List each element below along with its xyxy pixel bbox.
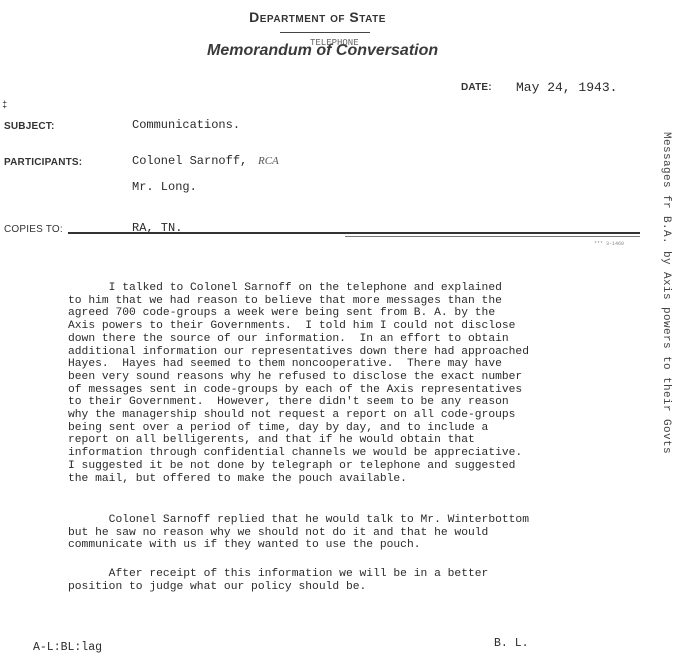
margin-annotation: Messages fr B.A. by Axis powers to their…	[660, 132, 672, 454]
body-paragraph-3: After receipt of this information we wil…	[68, 568, 668, 593]
author-initials: B. L.	[494, 637, 529, 650]
header-divider-secondary	[345, 236, 640, 237]
body-paragraph-1: I talked to Colonel Sarnoff on the telep…	[68, 282, 668, 485]
participant-2: Mr. Long.	[132, 180, 197, 194]
copies-label: COPIES TO:	[4, 224, 63, 235]
stray-mark: ‡	[2, 100, 7, 110]
subject-label: SUBJECT:	[4, 121, 55, 132]
reference-initials: A-L:BL:lag	[33, 641, 102, 654]
body-paragraph-2: Colonel Sarnoff replied that he would ta…	[68, 514, 668, 552]
participants-label: PARTICIPANTS:	[4, 157, 82, 168]
header-divider	[68, 232, 640, 234]
subject-value: Communications.	[132, 118, 240, 132]
participant-1: Colonel Sarnoff,	[132, 154, 247, 168]
department-heading: Department of State	[0, 9, 635, 25]
form-code: *** 3-1460	[594, 241, 624, 247]
date-value: May 24, 1943.	[516, 80, 617, 95]
heading-divider	[280, 32, 370, 33]
date-label: DATE:	[461, 82, 492, 93]
memo-title-overwrite: TELEPHONE	[310, 38, 359, 48]
handwritten-note: RCA	[258, 155, 279, 167]
